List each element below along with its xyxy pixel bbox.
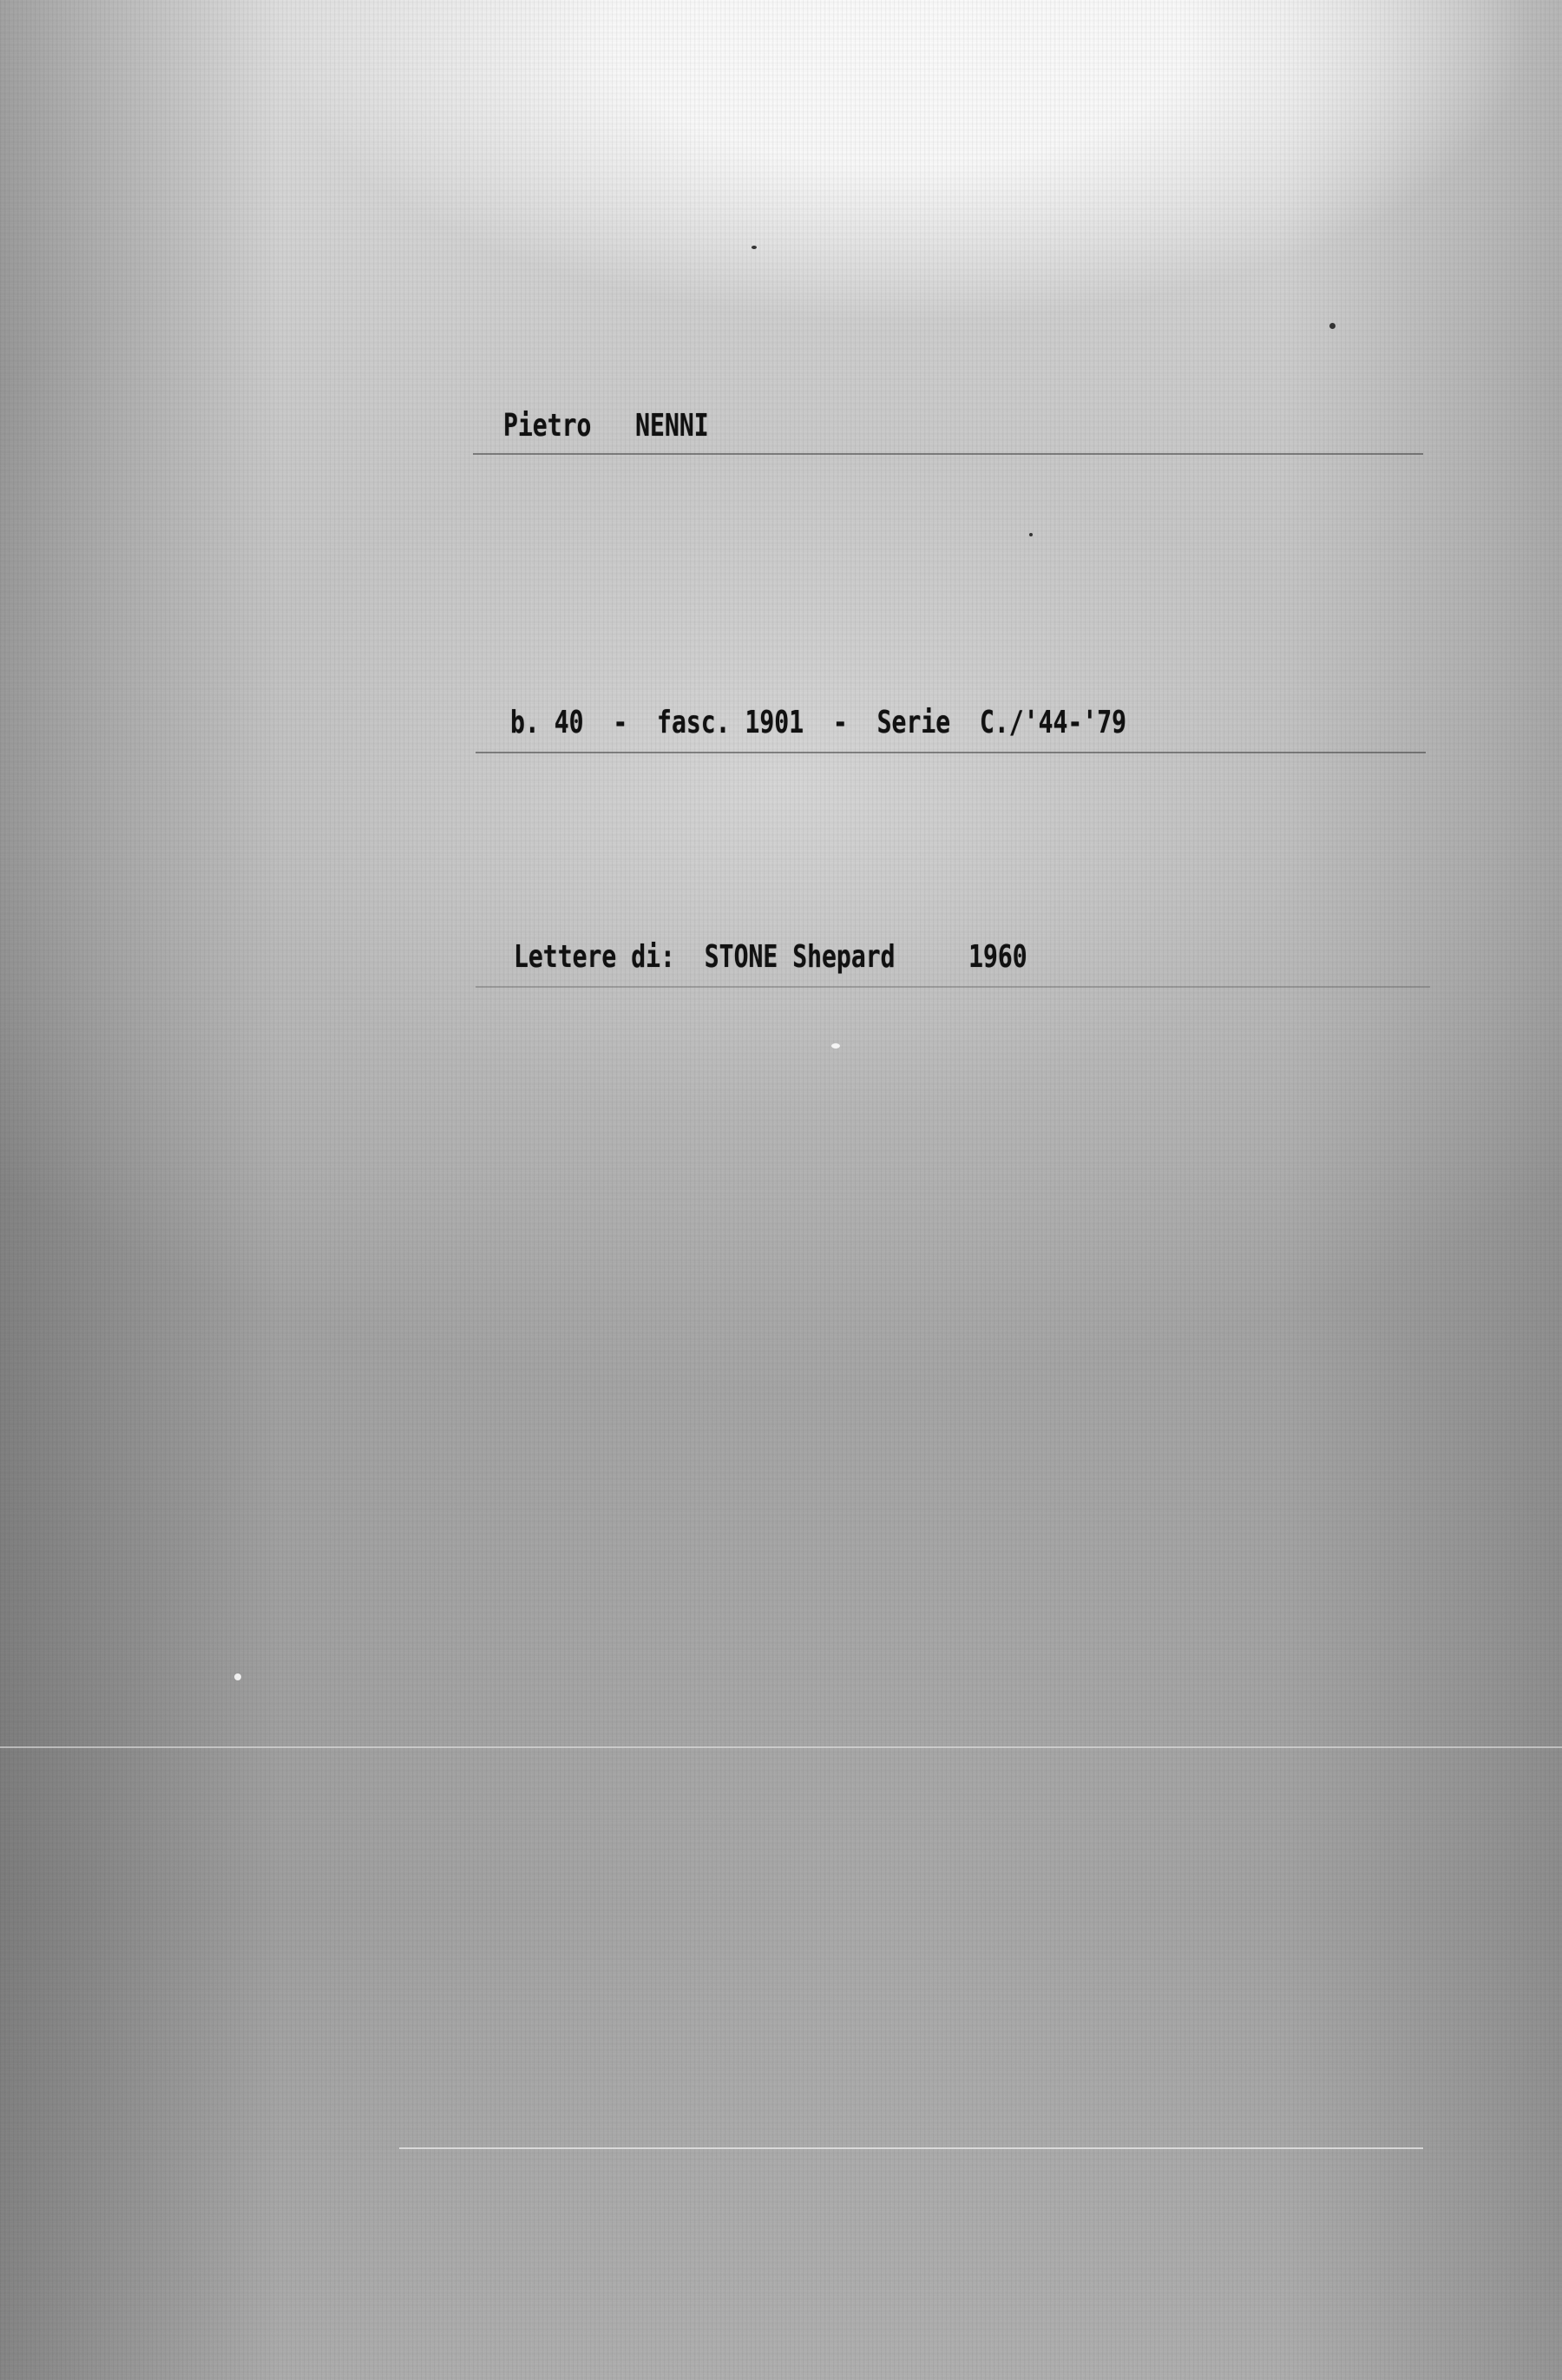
blank-rule-line-1 (0, 1746, 1562, 1748)
scan-speck (751, 246, 757, 249)
scan-speck (1329, 323, 1336, 329)
scan-speck (1029, 533, 1033, 536)
scan-grain-overlay (0, 0, 1562, 2380)
description-rule-line (476, 986, 1430, 988)
description-field: Lettere di: STONE Shepard 1960 (514, 939, 1027, 975)
name-rule-line (473, 453, 1423, 455)
blank-rule-line-2 (399, 2147, 1423, 2149)
reference-field: b. 40 - fasc. 1901 - Serie C./'44-'79 (510, 705, 1126, 740)
scan-speck (234, 1673, 241, 1680)
name-field: Pietro NENNI (503, 408, 709, 444)
reference-rule-line (476, 752, 1426, 753)
scan-speck (831, 1043, 840, 1049)
